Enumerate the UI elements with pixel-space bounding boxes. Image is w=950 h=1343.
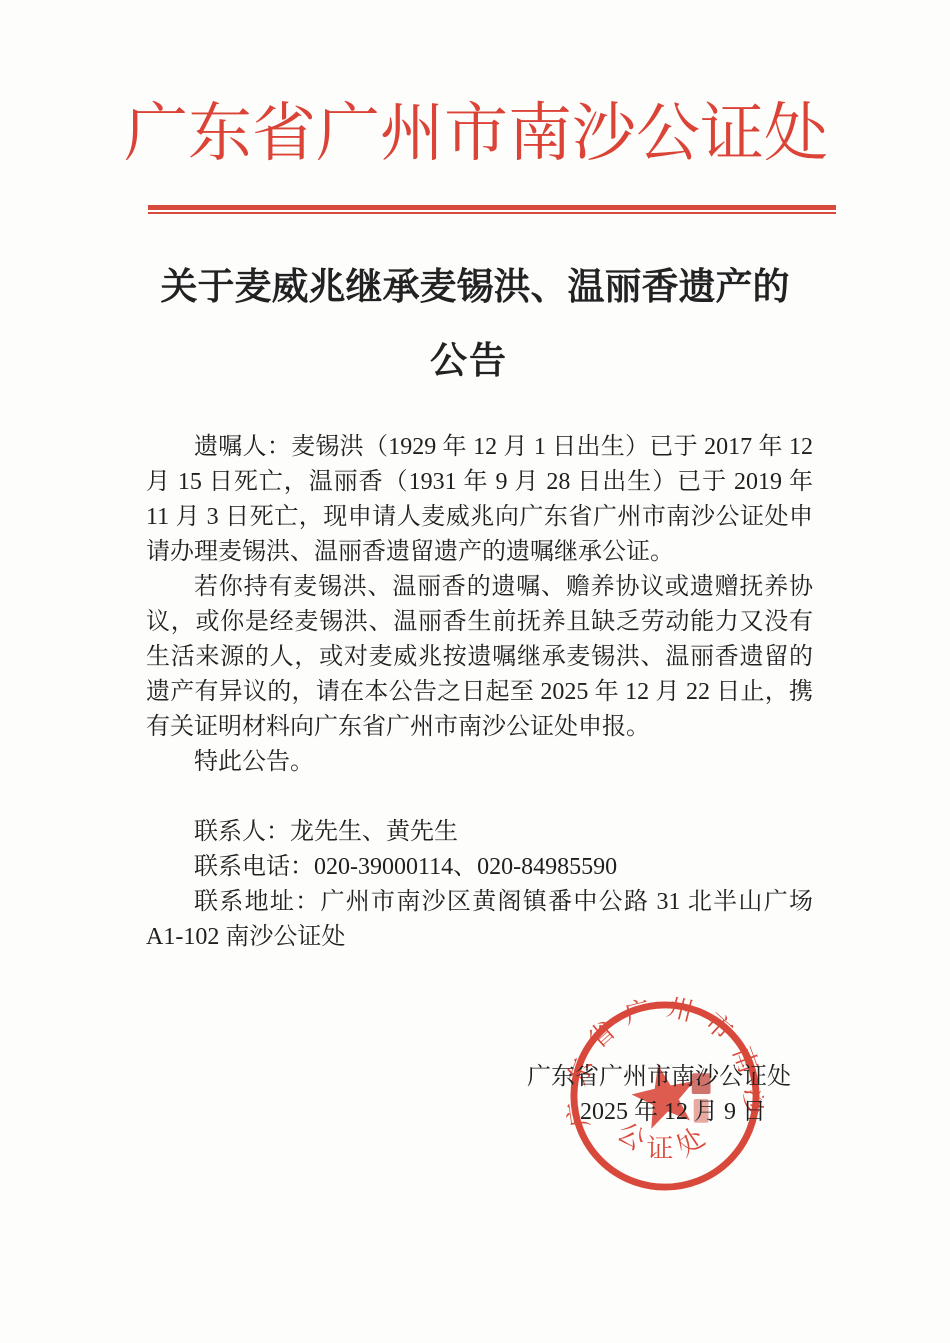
contact-block: 联系人：龙先生、黄先生 联系电话：020-39000114、020-849855… [146, 815, 813, 955]
contact-address-line: 联系地址：广州市南沙区黄阁镇番中公路 31 北半山广场 A1-102 南沙公证处 [146, 885, 813, 955]
letterhead-divider [148, 205, 836, 214]
announcement-title-line2: 公告 [2, 340, 936, 384]
body-paragraph-closing: 特此公告。 [146, 745, 813, 780]
signature-date: 2025 年 12 月 9 日 [146, 1095, 813, 1130]
document-page: 广东省广州市南沙公证处 关于麦威兆继承麦锡洪、温丽香遗产的 公告 遗嘱人：麦锡洪… [0, 0, 950, 1343]
announcement-title-line1: 关于麦威兆继承麦锡洪、温丽香遗产的 [8, 266, 942, 310]
body-paragraph-claims: 若你持有麦锡洪、温丽香的遗嘱、赡养协议或遗赠抚养协议，或你是经麦锡洪、温丽香生前… [146, 570, 813, 745]
body-paragraph-testators: 遗嘱人：麦锡洪（1929 年 12 月 1 日出生）已于 2017 年 12 月… [146, 430, 813, 570]
letterhead-org-name: 广东省广州市南沙公证处 [22, 82, 930, 186]
contact-person-line: 联系人：龙先生、黄先生 [146, 815, 813, 850]
contact-phone-line: 联系电话：020-39000114、020-84985590 [146, 850, 813, 885]
signature-block: 广东省广州市南沙公证处 2025 年 12 月 9 日 [146, 1060, 813, 1130]
document-body: 遗嘱人：麦锡洪（1929 年 12 月 1 日出生）已于 2017 年 12 月… [146, 430, 813, 1130]
signature-org-name: 广东省广州市南沙公证处 [146, 1060, 813, 1095]
